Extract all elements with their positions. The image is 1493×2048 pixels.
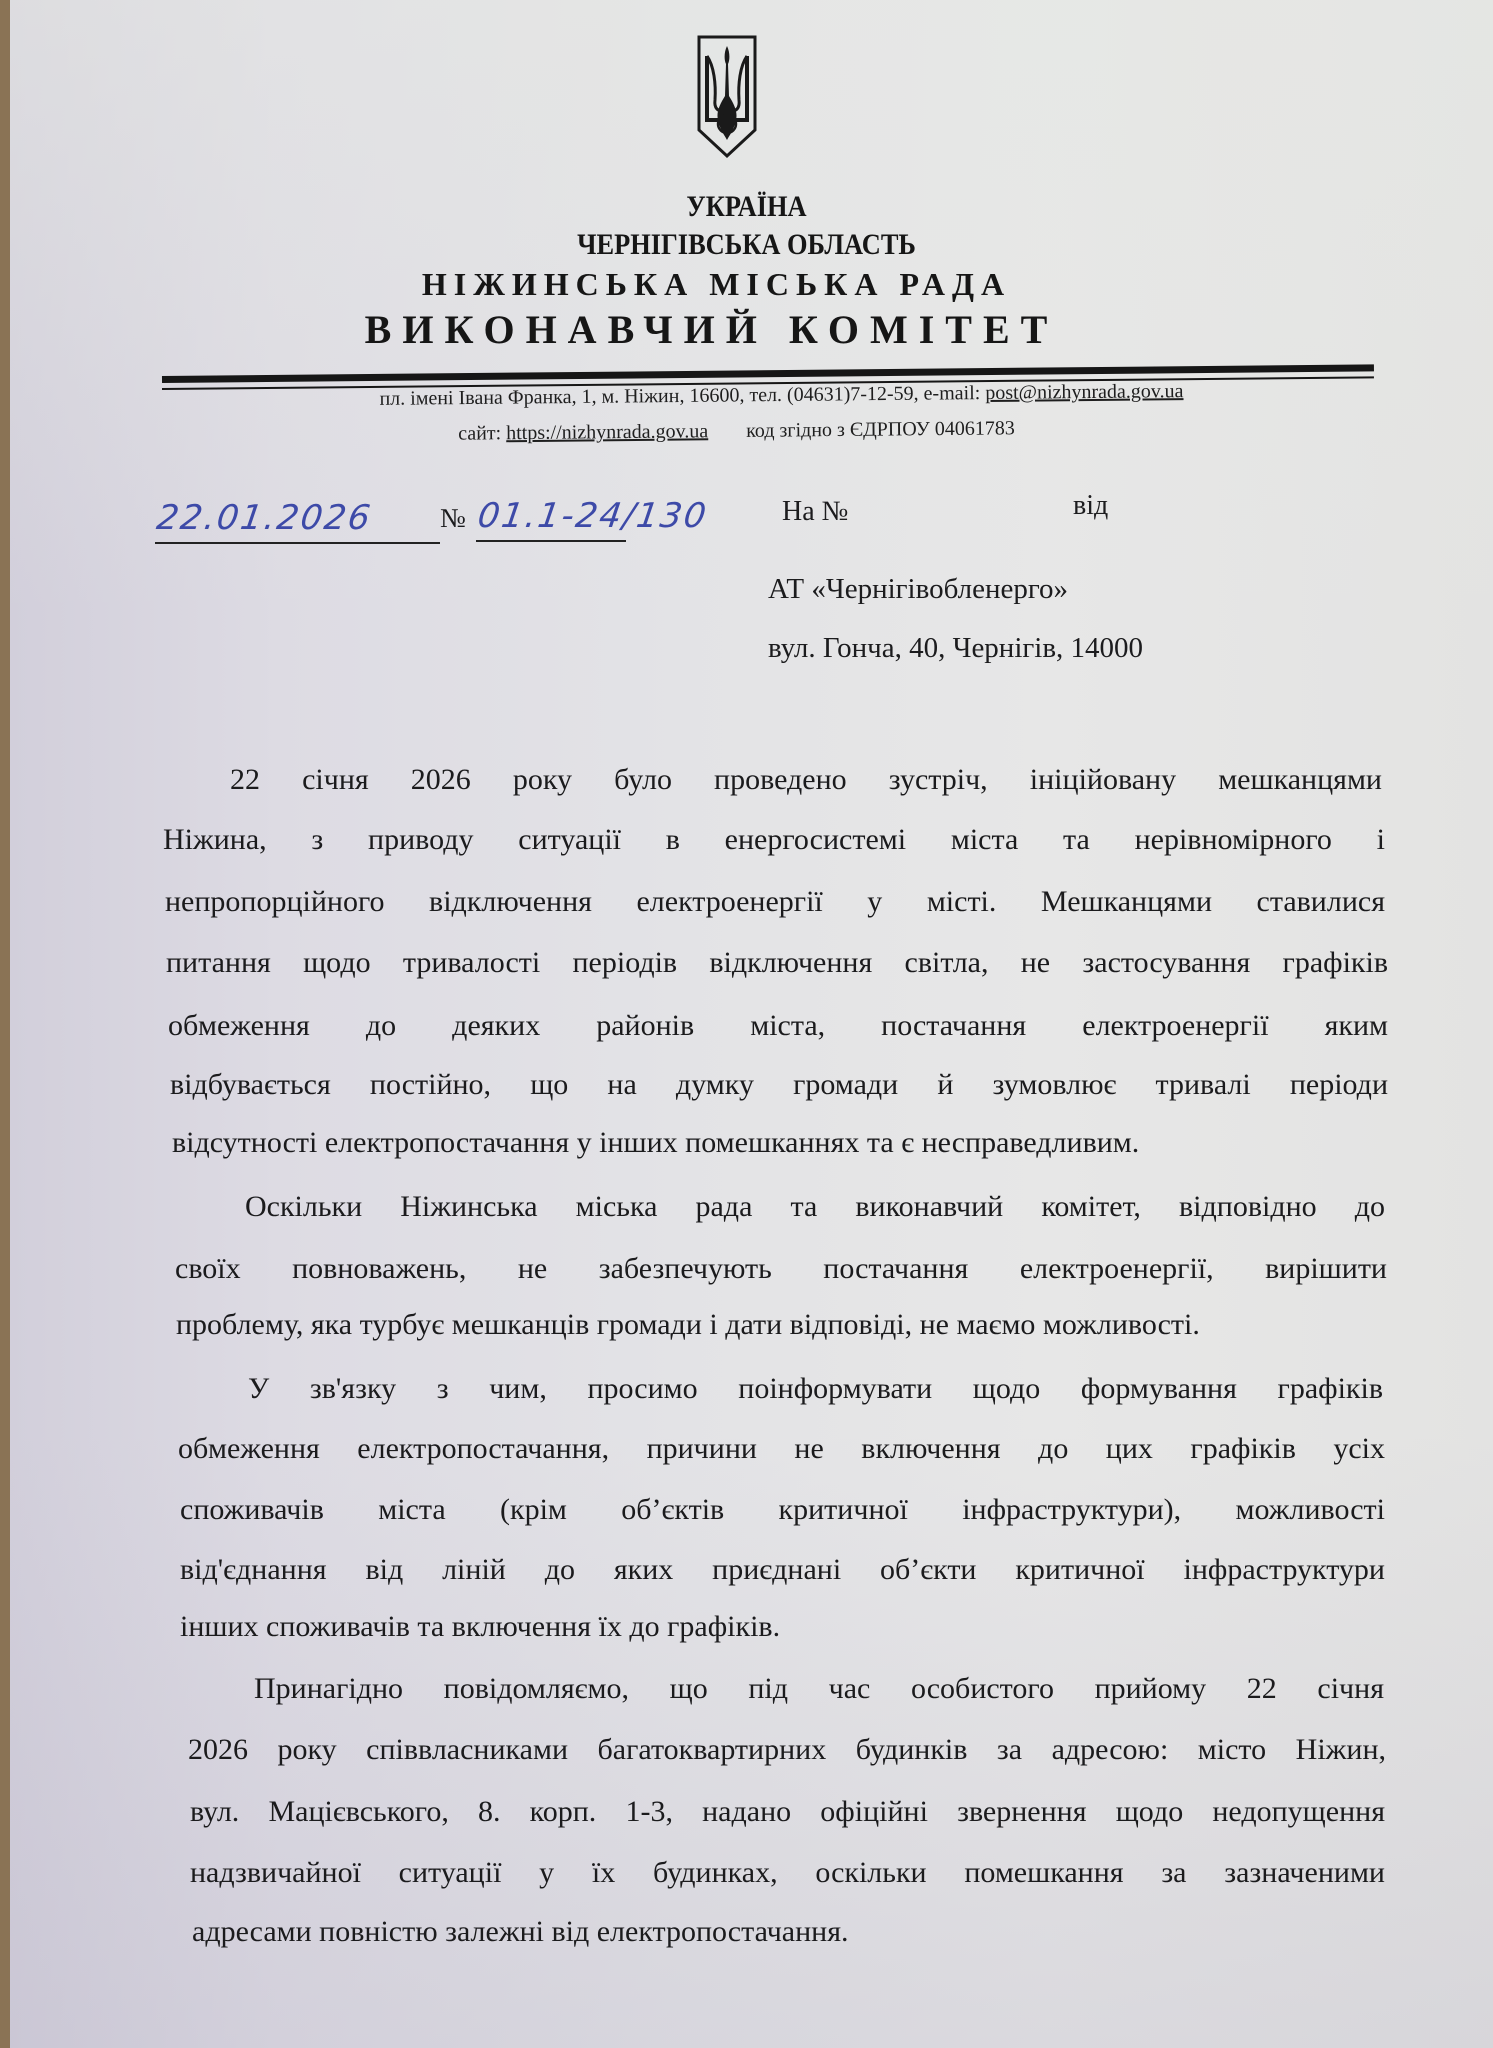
body-line: своїх повноважень, не забезпечують поста… <box>175 1252 1387 1286</box>
site-label: сайт: <box>458 422 506 444</box>
recipient-address: вул. Гонча, 40, Чернігів, 14000 <box>768 632 1143 665</box>
body-line: інших споживачів та включення їх до граф… <box>180 1610 780 1644</box>
body-line: 22 січня 2026 року було проведено зустрі… <box>230 763 1382 797</box>
outgoing-number-field: 01.1-24/130 <box>476 496 626 542</box>
header-executive-committee: ВИКОНАВЧИЙ КОМІТЕТ <box>0 306 1458 353</box>
header-country: УКРАЇНА <box>90 190 1404 224</box>
email-link[interactable]: post@nizhynrada.gov.ua <box>985 380 1183 404</box>
body-line: Принагідно повідомляємо, що під час особ… <box>254 1672 1384 1706</box>
body-line: відбувається постійно, що на думку грома… <box>170 1068 1388 1102</box>
body-line: від'єднання від ліній до яких приєднані … <box>180 1553 1385 1587</box>
handwritten-number: 01.1-24/130 <box>475 496 710 536</box>
recipient-name: АТ «Чернігівобленерго» <box>768 573 1068 606</box>
body-line: споживачів міста (крім об’єктів критично… <box>180 1493 1385 1527</box>
contact-address-phone: пл. імені Івана Франка, 1, м. Ніжин, 166… <box>379 382 985 410</box>
body-line: проблему, яка турбує мешканців громади і… <box>176 1308 1200 1342</box>
contact-line-site: сайт: https://nizhynrada.gov.ua код згід… <box>0 413 1483 450</box>
header-city-council: НІЖИНСЬКА МІСЬКА РАДА <box>0 266 1463 303</box>
number-sign: № <box>440 503 466 534</box>
body-line: питання щодо тривалості періодів відключ… <box>166 946 1388 980</box>
body-line: обмеження до деяких районів міста, поста… <box>168 1009 1388 1043</box>
body-line: адресами повністю залежні від електропос… <box>192 1915 849 1949</box>
body-line: непропорційного відключення електроенерг… <box>165 885 1385 919</box>
outgoing-date-field: 22.01.2026 <box>155 496 440 544</box>
body-line: обмеження електропостачання, причини не … <box>178 1432 1385 1466</box>
body-line: Оскільки Ніжинська міська рада та викона… <box>245 1190 1385 1224</box>
reply-from-label: від <box>1073 490 1108 522</box>
body-line: відсутності електропостачання у інших по… <box>172 1126 1139 1160</box>
trident-emblem-icon <box>696 34 758 160</box>
body-line: 2026 року співвласниками багатоквартирни… <box>188 1733 1386 1767</box>
reply-to-number-label: На № <box>782 496 848 528</box>
body-line: вул. Мацієвського, 8. корп. 1-3, надано … <box>190 1795 1385 1829</box>
official-letter: УКРАЇНА ЧЕРНІГІВСЬКА ОБЛАСТЬ НІЖИНСЬКА М… <box>0 0 1483 2048</box>
handwritten-date: 22.01.2026 <box>154 498 374 538</box>
body-line: надзвичайної ситуації у їх будинках, оск… <box>190 1856 1385 1890</box>
header-region: ЧЕРНІГІВСЬКА ОБЛАСТЬ <box>90 228 1404 262</box>
body-line: У зв'язку з чим, просимо поінформувати щ… <box>248 1372 1383 1406</box>
body-line: Ніжина, з приводу ситуації в енергосисте… <box>163 823 1385 857</box>
website-link[interactable]: https://nizhynrada.gov.ua <box>506 420 708 444</box>
edrpou-code: код згідно з ЄДРПОУ 04061783 <box>746 417 1015 442</box>
